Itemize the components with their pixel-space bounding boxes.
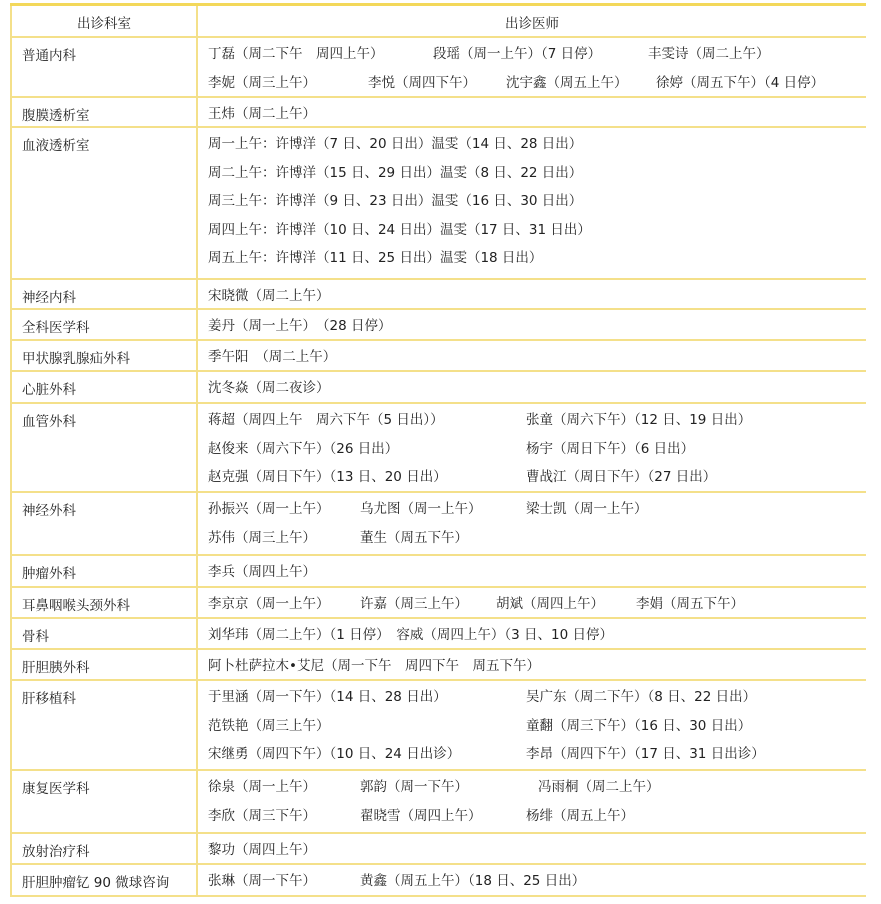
doctor-entry: 董生（周五下午） [360,528,468,548]
doctors-cell: 沈冬焱（周二夜诊） [198,372,866,402]
doctor-entry: 丁磊（周二下午 周四上午） [208,44,384,64]
schedule-line: 丁磊（周二下午 周四上午）段瑶（周一上午）（7 日停）丰雯诗（周二上午） [208,44,866,73]
doctor-entry: 刘华玮（周二上午）（1 日停） 容威（周四上午）（3 日、10 日停） [208,625,613,645]
doctor-entry: 王炜（周二上午） [208,104,316,124]
schedule-line: 苏伟（周三上午）董生（周五下午） [208,528,866,557]
schedule-line: 李京京（周一上午）许嘉（周三上午）胡斌（周四上午）李娟（周五下午） [208,594,866,623]
doctor-entry: 沈冬焱（周二夜诊） [208,378,330,398]
doctors-cell: 刘华玮（周二上午）（1 日停） 容威（周四上午）（3 日、10 日停） [198,619,866,648]
schedule-line: 赵俊来（周六下午）（26 日出）杨宇（周日下午）（6 日出） [208,439,866,468]
doctor-entry: 姜丹（周一上午） （28 日停） [208,316,391,336]
doctor-entry: 黎功（周四上午） [208,840,316,860]
table-row: 放射治疗科黎功（周四上午） [10,834,866,865]
doctor-entry: 黄鑫（周五上午）（18 日、25 日出） [360,871,585,891]
doctor-entry: 吴广东（周二下午）（8 日、22 日出） [526,687,756,707]
doctor-entry: 孙振兴（周一上午） [208,499,330,519]
schedule-line: 孙振兴（周一上午）乌尤图（周一上午）梁士凯（周一上午） [208,499,866,528]
header-department: 出诊科室 [10,6,198,36]
doctor-entry: 曹战江（周日下午）（27 日出） [526,467,716,487]
department-cell: 神经外科 [10,493,198,554]
table-row: 神经外科孙振兴（周一上午）乌尤图（周一上午）梁士凯（周一上午）苏伟（周三上午）董… [10,493,866,556]
schedule-line: 宋继勇（周四下午）（10 日、24 日出诊）李昂（周四下午）（17 日、31 日… [208,744,866,773]
schedule-line: 范铁艳（周三上午）童翻（周三下午）（16 日、30 日出） [208,716,866,745]
schedule-line: 李欣（周三下午）翟晓雪（周四上午）杨绯（周五上午） [208,806,866,835]
schedule-line: 宋晓微（周二上午） [208,286,866,315]
table-header: 出诊科室 出诊医师 [10,6,866,38]
table-row: 全科医学科姜丹（周一上午） （28 日停） [10,310,866,341]
doctor-entry: 郭韵（周一下午） [360,777,468,797]
table-row: 普通内科丁磊（周二下午 周四上午）段瑶（周一上午）（7 日停）丰雯诗（周二上午）… [10,38,866,98]
doctor-entry: 胡斌（周四上午） [496,594,604,614]
doctor-entry: 蒋超（周四上午 周六下午（5 日出）） [208,410,444,430]
doctor-entry: 宋继勇（周四下午）（10 日、24 日出诊） [208,744,460,764]
schedule-line: 李妮（周三上午）李悦（周四下午）沈宇鑫（周五上午）徐婷（周五下午）（4 日停） [208,73,866,102]
doctor-entry: 翟晓雪（周四上午） [360,806,482,826]
doctor-entry: 丰雯诗（周二上午） [648,44,770,64]
doctor-entry: 于里涵（周一下午）（14 日、28 日出） [208,687,447,707]
schedule-line: 赵克强（周日下午）（13 日、20 日出）曹战江（周日下午）（27 日出） [208,467,866,496]
department-cell: 肝移植科 [10,681,198,769]
schedule-line: 蒋超（周四上午 周六下午（5 日出））张童（周六下午）（12 日、19 日出） [208,410,866,439]
doctor-entry: 赵俊来（周六下午）（26 日出） [208,439,398,459]
doctors-cell: 丁磊（周二下午 周四上午）段瑶（周一上午）（7 日停）丰雯诗（周二上午）李妮（周… [198,38,866,96]
department-cell: 耳鼻咽喉头颈外科 [10,588,198,617]
doctor-entry: 李昂（周四下午）（17 日、31 日出诊） [526,744,765,764]
doctors-cell: 于里涵（周一下午）（14 日、28 日出）吴广东（周二下午）（8 日、22 日出… [198,681,866,769]
table-row: 康复医学科徐泉（周一上午）郭韵（周一下午）冯雨桐（周二上午）李欣（周三下午）翟晓… [10,771,866,834]
table-row: 心脏外科沈冬焱（周二夜诊） [10,372,866,404]
schedule-line: 周三上午：许博洋（9 日、23 日出）温雯（16 日、30 日出） [208,191,866,220]
schedule-line: 张琳（周一下午）黄鑫（周五上午）（18 日、25 日出） [208,871,866,900]
doctors-cell: 张琳（周一下午）黄鑫（周五上午）（18 日、25 日出） [198,865,866,895]
doctors-cell: 李京京（周一上午）许嘉（周三上午）胡斌（周四上午）李娟（周五下午） [198,588,866,617]
department-cell: 血管外科 [10,404,198,491]
doctor-entry: 李欣（周三下午） [208,806,316,826]
doctors-cell: 阿卜杜萨拉木•艾尼（周一下午 周四下午 周五下午） [198,650,866,679]
doctors-cell: 徐泉（周一上午）郭韵（周一下午）冯雨桐（周二上午）李欣（周三下午）翟晓雪（周四上… [198,771,866,832]
table-row: 血液透析室周一上午：许博洋（7 日、20 日出）温雯（14 日、28 日出）周二… [10,128,866,280]
doctor-entry: 周一上午：许博洋（7 日、20 日出）温雯（14 日、28 日出） [208,134,582,154]
department-cell: 甲状腺乳腺疝外科 [10,341,198,370]
table-row: 甲状腺乳腺疝外科季午阳 （周二上午） [10,341,866,372]
schedule-line: 周二上午：许博洋（15 日、29 日出）温雯（8 日、22 日出） [208,163,866,192]
doctor-entry: 赵克强（周日下午）（13 日、20 日出） [208,467,447,487]
department-cell: 全科医学科 [10,310,198,339]
doctor-entry: 阿卜杜萨拉木•艾尼（周一下午 周四下午 周五下午） [208,656,540,676]
department-cell: 神经内科 [10,280,198,308]
department-cell: 血液透析室 [10,128,198,278]
table-row: 肝胆胰外科阿卜杜萨拉木•艾尼（周一下午 周四下午 周五下午） [10,650,866,681]
doctor-entry: 沈宇鑫（周五上午） [506,73,628,93]
doctor-entry: 童翻（周三下午）（16 日、30 日出） [526,716,751,736]
doctor-entry: 李妮（周三上午） [208,73,316,93]
schedule-line: 沈冬焱（周二夜诊） [208,378,866,407]
doctors-cell: 李兵（周四上午） [198,556,866,586]
doctor-entry: 范铁艳（周三上午） [208,716,330,736]
schedule-line: 周五上午：许博洋（11 日、25 日出）温雯（18 日出） [208,248,866,277]
doctor-entry: 段瑶（周一上午）（7 日停） [433,44,601,64]
doctor-entry: 梁士凯（周一上午） [526,499,648,519]
doctor-entry: 杨宇（周日下午）（6 日出） [526,439,694,459]
doctor-entry: 季午阳 （周二上午） [208,347,336,367]
schedule-line: 李兵（周四上午） [208,562,866,591]
schedule-line: 周一上午：许博洋（7 日、20 日出）温雯（14 日、28 日出） [208,134,866,163]
table-row: 肝胆肿瘤钇 90 微球咨询张琳（周一下午）黄鑫（周五上午）（18 日、25 日出… [10,865,866,897]
doctor-entry: 许嘉（周三上午） [360,594,468,614]
doctor-entry: 徐婷（周五下午）（4 日停） [656,73,824,93]
doctor-entry: 周三上午：许博洋（9 日、23 日出）温雯（16 日、30 日出） [208,191,582,211]
doctor-entry: 李娟（周五下午） [636,594,744,614]
doctor-entry: 杨绯（周五上午） [526,806,634,826]
doctors-cell: 周一上午：许博洋（7 日、20 日出）温雯（14 日、28 日出）周二上午：许博… [198,128,866,278]
doctors-cell: 季午阳 （周二上午） [198,341,866,370]
table-row: 肿瘤外科李兵（周四上午） [10,556,866,588]
doctor-entry: 张童（周六下午）（12 日、19 日出） [526,410,751,430]
doctor-entry: 乌尤图（周一上午） [360,499,482,519]
table-row: 血管外科蒋超（周四上午 周六下午（5 日出））张童（周六下午）（12 日、19 … [10,404,866,493]
doctor-entry: 徐泉（周一上午） [208,777,316,797]
table-row: 腹膜透析室王炜（周二上午） [10,98,866,128]
schedule-line: 刘华玮（周二上午）（1 日停） 容威（周四上午）（3 日、10 日停） [208,625,866,654]
doctors-cell: 王炜（周二上午） [198,98,866,126]
department-cell: 肿瘤外科 [10,556,198,586]
doctor-entry: 周二上午：许博洋（15 日、29 日出）温雯（8 日、22 日出） [208,163,582,183]
schedule-line: 姜丹（周一上午） （28 日停） [208,316,866,345]
doctor-entry: 李京京（周一上午） [208,594,330,614]
schedule-line: 王炜（周二上午） [208,104,866,133]
header-doctors: 出诊医师 [198,6,866,36]
doctor-entry: 周四上午：许博洋（10 日、24 日出）温雯（17 日、31 日出） [208,220,591,240]
schedule-line: 阿卜杜萨拉木•艾尼（周一下午 周四下午 周五下午） [208,656,866,685]
doctor-entry: 宋晓微（周二上午） [208,286,330,306]
table-row: 耳鼻咽喉头颈外科李京京（周一上午）许嘉（周三上午）胡斌（周四上午）李娟（周五下午… [10,588,866,619]
doctors-cell: 蒋超（周四上午 周六下午（5 日出））张童（周六下午）（12 日、19 日出）赵… [198,404,866,491]
table-row: 神经内科宋晓微（周二上午） [10,280,866,310]
doctor-entry: 张琳（周一下午） [208,871,316,891]
schedule-line: 徐泉（周一上午）郭韵（周一下午）冯雨桐（周二上午） [208,777,866,806]
department-cell: 腹膜透析室 [10,98,198,126]
schedule-line: 周四上午：许博洋（10 日、24 日出）温雯（17 日、31 日出） [208,220,866,249]
doctor-entry: 李悦（周四下午） [368,73,476,93]
schedule-line: 黎功（周四上午） [208,840,866,869]
table-row: 骨科刘华玮（周二上午）（1 日停） 容威（周四上午）（3 日、10 日停） [10,619,866,650]
department-cell: 肝胆胰外科 [10,650,198,679]
schedule-line: 于里涵（周一下午）（14 日、28 日出）吴广东（周二下午）（8 日、22 日出… [208,687,866,716]
doctors-cell: 宋晓微（周二上午） [198,280,866,308]
doctor-entry: 冯雨桐（周二上午） [538,777,660,797]
doctor-entry: 李兵（周四上午） [208,562,316,582]
table-row: 肝移植科于里涵（周一下午）（14 日、28 日出）吴广东（周二下午）（8 日、2… [10,681,866,771]
department-cell: 放射治疗科 [10,834,198,863]
doctor-entry: 周五上午：许博洋（11 日、25 日出）温雯（18 日出） [208,248,542,268]
department-cell: 康复医学科 [10,771,198,832]
doctors-cell: 孙振兴（周一上午）乌尤图（周一上午）梁士凯（周一上午）苏伟（周三上午）董生（周五… [198,493,866,554]
department-cell: 心脏外科 [10,372,198,402]
doctors-cell: 黎功（周四上午） [198,834,866,863]
department-cell: 肝胆肿瘤钇 90 微球咨询 [10,865,198,895]
department-cell: 骨科 [10,619,198,648]
clinic-schedule-table: 出诊科室 出诊医师 普通内科丁磊（周二下午 周四上午）段瑶（周一上午）（7 日停… [10,3,866,897]
schedule-line: 季午阳 （周二上午） [208,347,866,376]
department-cell: 普通内科 [10,38,198,96]
doctor-entry: 苏伟（周三上午） [208,528,316,548]
